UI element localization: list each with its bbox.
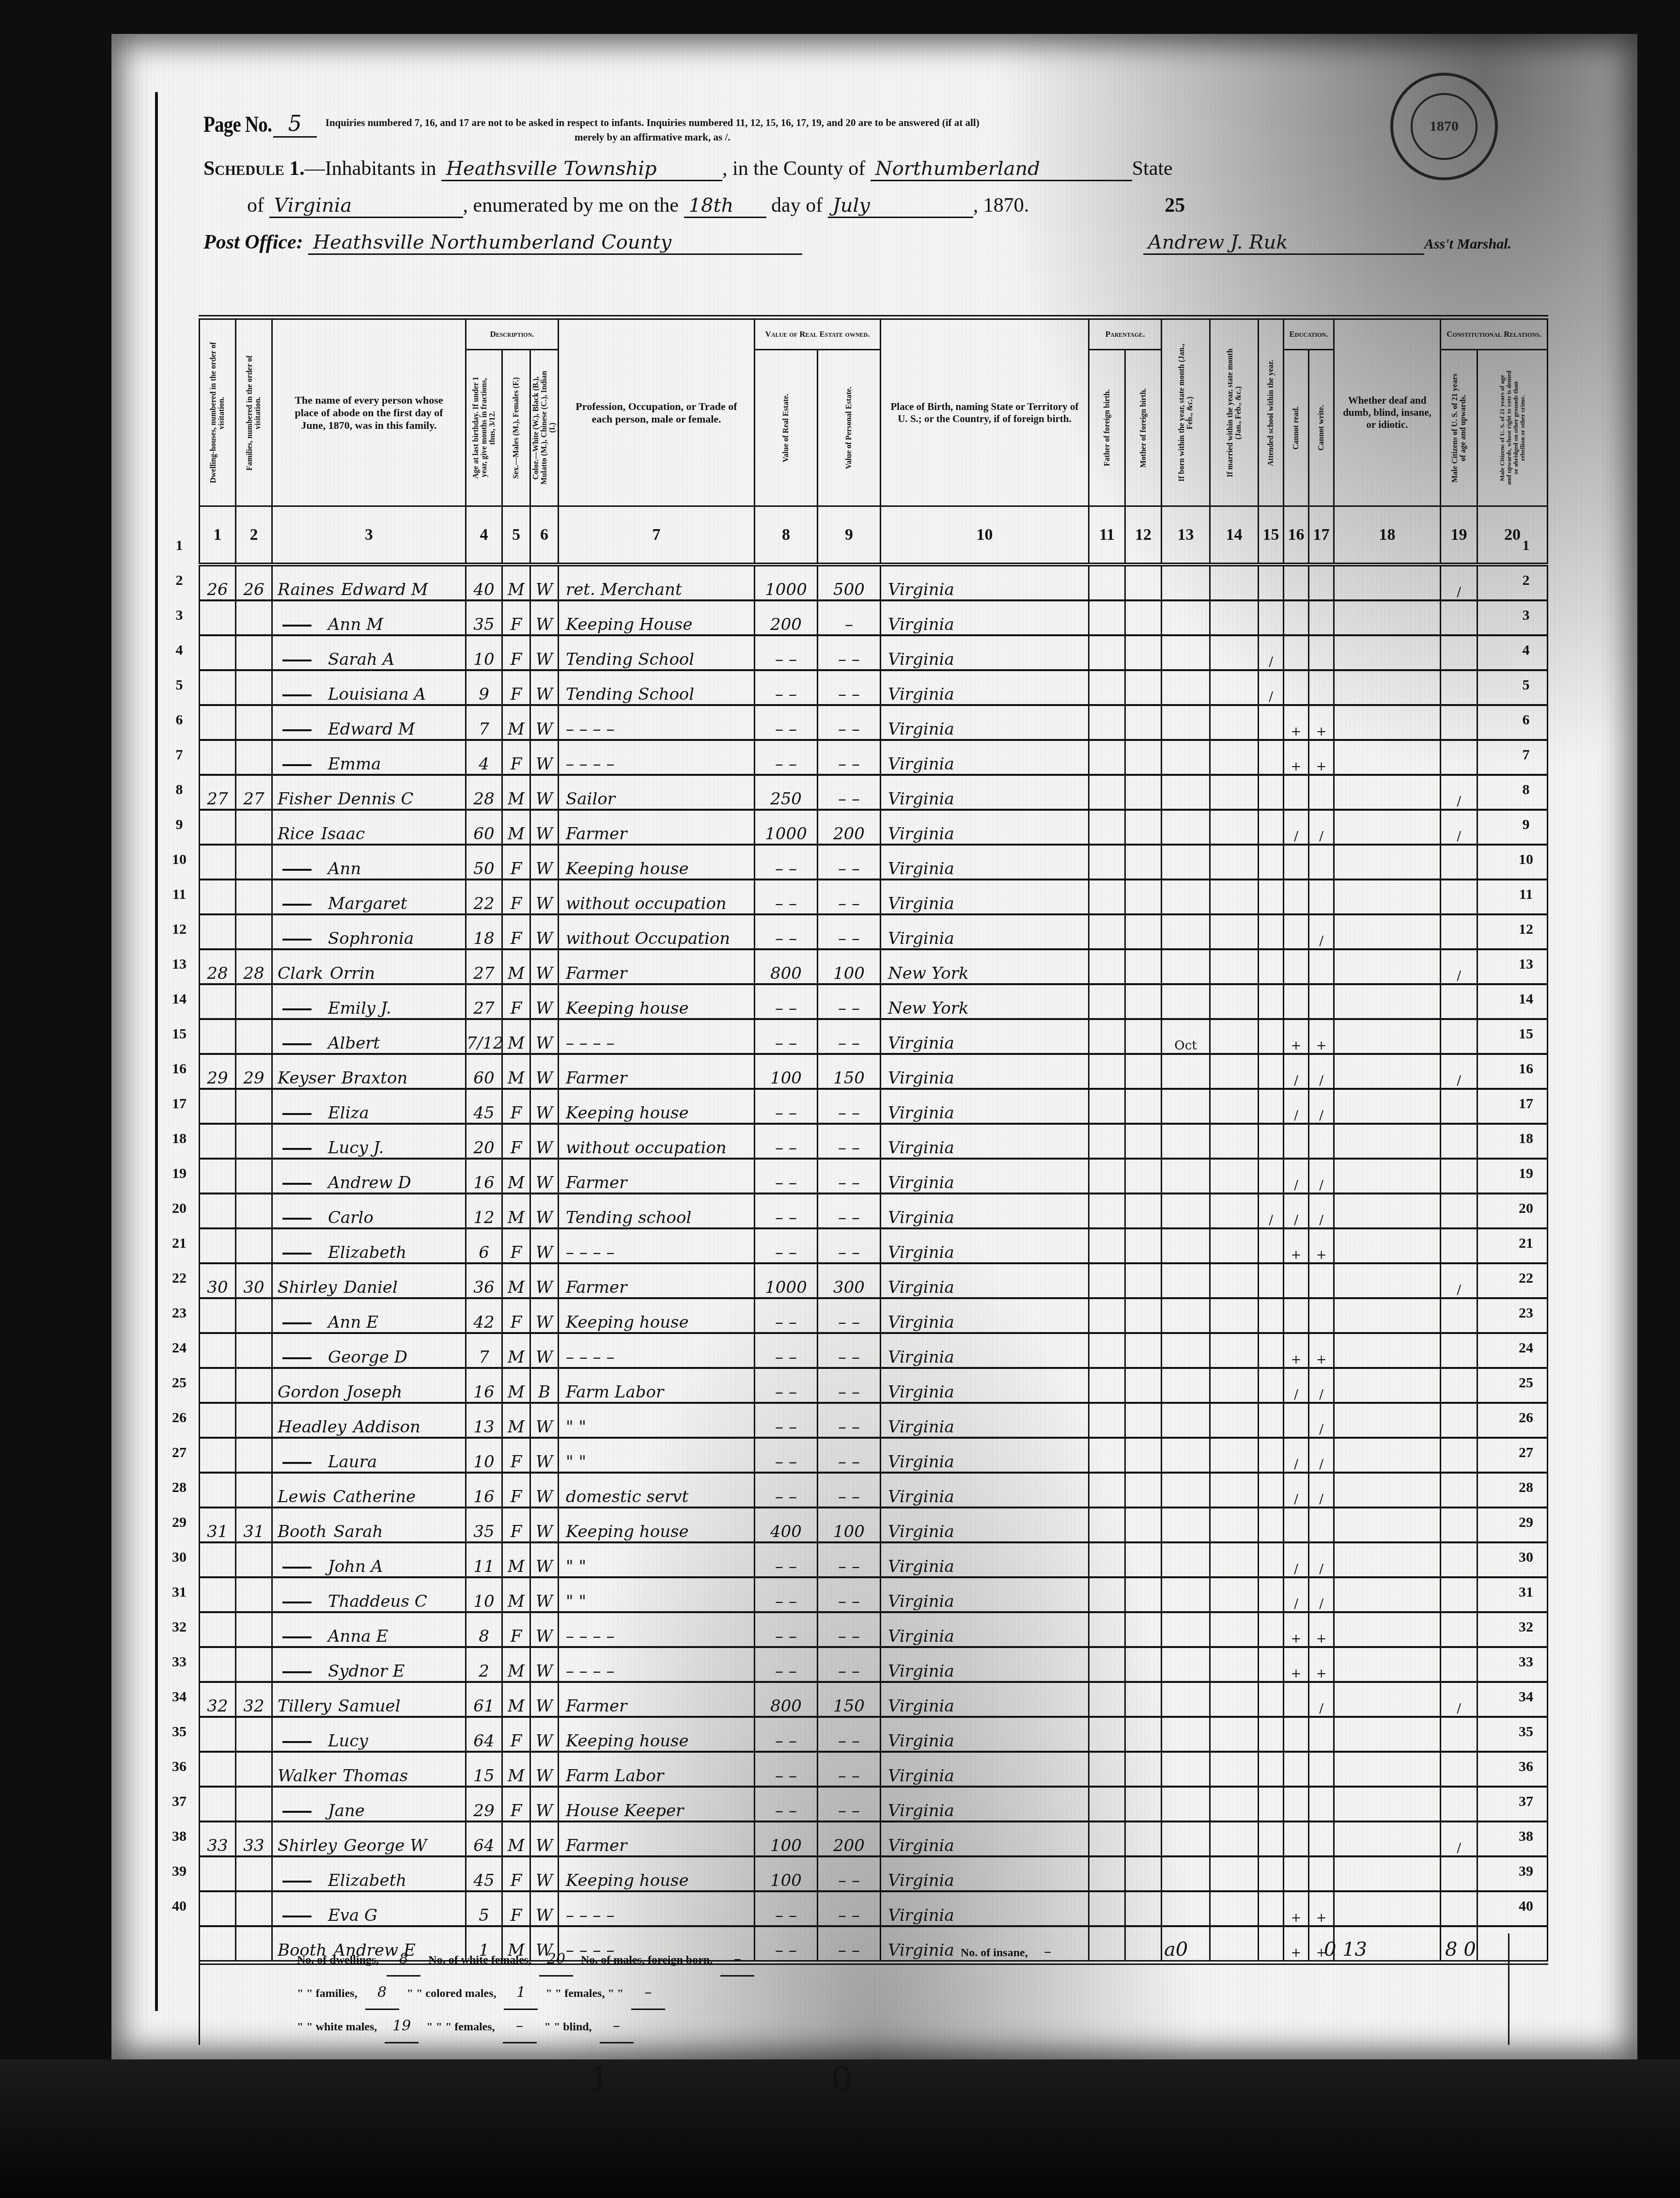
table-row: 2626RainesEdward M40MWret. Merchant10005… <box>200 565 1548 600</box>
person-name: WalkerThomas <box>272 1752 466 1787</box>
row-number-right: 31 <box>1511 1575 1540 1610</box>
personal-estate-value: – – <box>818 1298 881 1333</box>
blind-label: " " blind, <box>544 2011 592 2043</box>
cannot-write <box>1309 879 1334 914</box>
born-in-year <box>1162 600 1210 635</box>
cannot-read <box>1284 775 1309 810</box>
month-field: July <box>828 194 973 218</box>
male-citizen-21 <box>1441 1612 1478 1647</box>
mother-foreign <box>1125 810 1162 845</box>
person-name: Edward M <box>272 705 466 740</box>
married-in-year <box>1210 1577 1259 1612</box>
personal-estate-value: 500 <box>818 565 881 600</box>
column-number: 6 <box>530 506 559 565</box>
cannot-write <box>1309 635 1334 670</box>
row-number-left: 17 <box>165 1086 194 1121</box>
age: 45 <box>466 1856 502 1891</box>
dwelling-number <box>200 1228 236 1263</box>
disability <box>1334 635 1441 670</box>
white-females-count: 20 <box>539 1943 573 1977</box>
cannot-read: / <box>1284 1542 1309 1577</box>
row-number-left: 37 <box>165 1784 194 1819</box>
attended-school <box>1259 1333 1284 1368</box>
col-header-name: The name of every person whose place of … <box>272 317 466 506</box>
place-of-birth: Virginia <box>881 1228 1089 1263</box>
inquiry-line-1: Inquiries numbered 7, 16, and 17 are not… <box>326 117 980 128</box>
married-in-year <box>1210 949 1259 984</box>
place-of-birth: Virginia <box>881 1542 1089 1577</box>
cannot-read: + <box>1284 1019 1309 1054</box>
age: 10 <box>466 1577 502 1612</box>
married-in-year <box>1210 1856 1259 1891</box>
father-foreign <box>1089 1228 1125 1263</box>
real-estate-value: – – <box>755 1333 818 1368</box>
male-citizen-21: / <box>1441 1682 1478 1717</box>
given-name: Lucy J. <box>328 1138 384 1158</box>
personal-estate-value: 200 <box>818 1821 881 1856</box>
age: 61 <box>466 1682 502 1717</box>
sex: F <box>502 1891 530 1926</box>
place-of-birth: Virginia <box>881 1438 1089 1473</box>
bottom-mark-2: 0 <box>831 2059 853 2099</box>
family-number: 30 <box>236 1263 272 1298</box>
post-office-label: Post Office: <box>203 231 303 254</box>
row-number-left: 2 <box>165 563 194 598</box>
mother-foreign <box>1125 1787 1162 1821</box>
given-name: Samuel <box>338 1696 401 1716</box>
father-foreign <box>1089 1542 1125 1577</box>
cannot-write <box>1309 1821 1334 1856</box>
age: 7/12 <box>466 1019 502 1054</box>
real-estate-value: – – <box>755 984 818 1019</box>
disability <box>1334 1019 1441 1054</box>
mother-foreign <box>1125 1089 1162 1124</box>
married-in-year <box>1210 914 1259 949</box>
cannot-write <box>1309 670 1334 705</box>
attended-school <box>1259 1438 1284 1473</box>
born-in-year <box>1162 740 1210 775</box>
col-header-dwelling: Dwelling-houses, numbered in the order o… <box>200 317 236 506</box>
father-foreign <box>1089 1752 1125 1787</box>
father-foreign <box>1089 984 1125 1019</box>
table-row: Ann M35FWKeeping House200–Virginia <box>200 600 1548 635</box>
male-citizen-21 <box>1441 1507 1478 1542</box>
cannot-read: / <box>1284 810 1309 845</box>
dwellings-label: No. of dwellings, <box>297 1944 379 1976</box>
family-number <box>236 1473 272 1507</box>
male-citizen-21 <box>1441 1717 1478 1752</box>
families-count: 8 <box>365 1977 399 2010</box>
born-in-year <box>1162 1856 1210 1891</box>
tally-parentage: a0 <box>1164 1938 1188 1961</box>
father-foreign <box>1089 810 1125 845</box>
given-name: Louisiana A <box>328 685 426 704</box>
married-in-year <box>1210 1507 1259 1542</box>
born-in-year <box>1162 1612 1210 1647</box>
cannot-read <box>1284 1124 1309 1159</box>
column-number: 4 <box>466 506 502 565</box>
age: 64 <box>466 1821 502 1856</box>
mother-foreign <box>1125 1019 1162 1054</box>
occupation: Keeping house <box>559 1856 755 1891</box>
married-in-year <box>1210 1438 1259 1473</box>
real-estate-value: – – <box>755 1089 818 1124</box>
male-citizen-21 <box>1441 1438 1478 1473</box>
real-estate-value: 100 <box>755 1821 818 1856</box>
same-surname-dash <box>282 1322 311 1324</box>
married-in-year <box>1210 775 1259 810</box>
table-row: LewisCatherine16FWdomestic servt– –– –Vi… <box>200 1473 1548 1507</box>
surname: Lewis <box>278 1487 326 1507</box>
sex: F <box>502 914 530 949</box>
given-name: Catherine <box>333 1487 416 1507</box>
real-estate-value: – – <box>755 670 818 705</box>
given-name: Elizabeth <box>328 1871 406 1890</box>
attended-school <box>1259 1507 1284 1542</box>
cannot-write: / <box>1309 810 1334 845</box>
occupation: Keeping house <box>559 845 755 879</box>
person-name: Emma <box>272 740 466 775</box>
state-field: Virginia <box>269 194 463 218</box>
surname: Shirley <box>278 1278 337 1297</box>
row-number-left: 31 <box>165 1575 194 1610</box>
attended-school <box>1259 740 1284 775</box>
attended-school <box>1259 1682 1284 1717</box>
disability <box>1334 1403 1441 1438</box>
place-of-birth: Virginia <box>881 1019 1089 1054</box>
sex: F <box>502 1298 530 1333</box>
table-row: George D7MW– – – –– –– –Virginia++ <box>200 1333 1548 1368</box>
born-in-year <box>1162 949 1210 984</box>
row-number-right: 4 <box>1511 633 1540 668</box>
male-citizen-21 <box>1441 1403 1478 1438</box>
family-number <box>236 670 272 705</box>
real-estate-value: 100 <box>755 1856 818 1891</box>
row-number-right: 28 <box>1511 1470 1540 1505</box>
age: 60 <box>466 810 502 845</box>
col-header-cannot-write: Cannot write. <box>1309 350 1334 506</box>
father-foreign <box>1089 1298 1125 1333</box>
male-citizen-21 <box>1441 1089 1478 1124</box>
sex: F <box>502 1438 530 1473</box>
column-number: 10 <box>881 506 1089 565</box>
insane-count-row: No. of insane, – <box>961 1943 1065 1962</box>
white-females-label: No. of white females, <box>428 1944 531 1976</box>
table-row: GordonJoseph16MBFarm Labor– –– –Virginia… <box>200 1368 1548 1403</box>
document-header: Page No. 5 Inquiries numbered 7, 16, and… <box>203 111 1511 255</box>
disability <box>1334 1333 1441 1368</box>
left-border <box>155 92 158 2011</box>
born-in-year <box>1162 1228 1210 1263</box>
cannot-write <box>1309 984 1334 1019</box>
personal-estate-value: 200 <box>818 810 881 845</box>
col-header-occupation: Profession, Occupation, or Trade of each… <box>559 317 755 506</box>
born-in-year <box>1162 1124 1210 1159</box>
married-in-year <box>1210 1542 1259 1577</box>
disability <box>1334 1507 1441 1542</box>
real-estate-value: – – <box>755 1717 818 1752</box>
personal-estate-value: – – <box>818 705 881 740</box>
mother-foreign <box>1125 949 1162 984</box>
male-citizen-21 <box>1441 1542 1478 1577</box>
person-name: Ann M <box>272 600 466 635</box>
married-in-year <box>1210 1787 1259 1821</box>
father-foreign <box>1089 1193 1125 1228</box>
occupation: " " <box>559 1438 755 1473</box>
occupation: Keeping house <box>559 1298 755 1333</box>
families-label: " " families, <box>297 1978 358 2010</box>
foreign-males-count: – <box>720 1943 754 1977</box>
cannot-write <box>1309 1787 1334 1821</box>
real-estate-value: – – <box>755 1193 818 1228</box>
place-of-birth: Virginia <box>881 1682 1089 1717</box>
page-summary: No. of dwellings, 8 No. of white females… <box>199 1933 1509 2045</box>
place-of-birth: Virginia <box>881 1333 1089 1368</box>
father-foreign <box>1089 879 1125 914</box>
age: 20 <box>466 1124 502 1159</box>
married-in-year <box>1210 1368 1259 1403</box>
color: W <box>530 914 559 949</box>
cannot-write: / <box>1309 1054 1334 1089</box>
column-number: 16 <box>1284 506 1309 565</box>
county-field: Northumberland <box>871 157 1132 181</box>
disability <box>1334 1612 1441 1647</box>
table-row: Elizabeth6FW– – – –– –– –Virginia++ <box>200 1228 1548 1263</box>
row-number-right: 9 <box>1511 807 1540 842</box>
given-name: Lucy <box>328 1731 368 1751</box>
color: W <box>530 1507 559 1542</box>
sex: F <box>502 670 530 705</box>
occupation: ret. Merchant <box>559 565 755 600</box>
age: 9 <box>466 670 502 705</box>
personal-estate-value: – – <box>818 984 881 1019</box>
person-name: Albert <box>272 1019 466 1054</box>
born-in-year <box>1162 565 1210 600</box>
family-number <box>236 1717 272 1752</box>
occupation: Farmer <box>559 1159 755 1193</box>
born-in-year <box>1162 1542 1210 1577</box>
family-number <box>236 740 272 775</box>
attended-school <box>1259 1403 1284 1438</box>
personal-estate-value: – – <box>818 1019 881 1054</box>
summary-row-2: " " families, 8 " " colored males, 1 " "… <box>297 1977 754 2010</box>
given-name: Sarah A <box>328 650 394 669</box>
occupation: – – – – <box>559 740 755 775</box>
disability <box>1334 1577 1441 1612</box>
male-citizen-21 <box>1441 1159 1478 1193</box>
insane-count: – <box>1031 1943 1065 1962</box>
same-surname-dash <box>282 1253 311 1255</box>
occupation: Keeping house <box>559 984 755 1019</box>
age: 7 <box>466 1333 502 1368</box>
place-of-birth: Virginia <box>881 914 1089 949</box>
table-row: Carlo12MWTending school– –– –Virginia/// <box>200 1193 1548 1228</box>
cannot-read <box>1284 1752 1309 1787</box>
person-name: Elizabeth <box>272 1228 466 1263</box>
color: W <box>530 635 559 670</box>
occupation: – – – – <box>559 1612 755 1647</box>
column-number: 14 <box>1210 506 1259 565</box>
row-number-right: 35 <box>1511 1714 1540 1749</box>
cannot-write: + <box>1309 1612 1334 1647</box>
table-row: Emily J.27FWKeeping house– –– –New York <box>200 984 1548 1019</box>
color: W <box>530 1089 559 1124</box>
place-of-birth: Virginia <box>881 1124 1089 1159</box>
disability <box>1334 1298 1441 1333</box>
row-number-right: 11 <box>1511 877 1540 912</box>
color: W <box>530 1542 559 1577</box>
row-number-left: 4 <box>165 633 194 668</box>
attended-school <box>1259 1577 1284 1612</box>
male-citizen-21: / <box>1441 1054 1478 1089</box>
row-number-right: 8 <box>1511 772 1540 807</box>
real-estate-value: – – <box>755 635 818 670</box>
dwelling-number: 27 <box>200 775 236 810</box>
place-of-birth: Virginia <box>881 1577 1089 1612</box>
surname: Raines <box>278 580 334 599</box>
dwelling-number <box>200 1612 236 1647</box>
mother-foreign <box>1125 879 1162 914</box>
married-in-year <box>1210 1403 1259 1438</box>
cannot-write: / <box>1309 1368 1334 1403</box>
male-citizen-21 <box>1441 740 1478 775</box>
given-name: Daniel <box>344 1278 398 1297</box>
place-of-birth: Virginia <box>881 1612 1089 1647</box>
born-in-year <box>1162 1787 1210 1821</box>
male-citizen-21 <box>1441 1368 1478 1403</box>
male-citizen-21 <box>1441 879 1478 914</box>
row-number-right: 1 <box>1511 528 1540 563</box>
age: 4 <box>466 740 502 775</box>
mother-foreign <box>1125 1507 1162 1542</box>
place-of-birth: Virginia <box>881 810 1089 845</box>
mother-foreign <box>1125 1298 1162 1333</box>
table-row: Emma4FW– – – –– –– –Virginia++ <box>200 740 1548 775</box>
given-name: Thaddeus C <box>328 1592 427 1611</box>
cannot-read: + <box>1284 705 1309 740</box>
enumeration-line: of Virginia , enumerated by me on the 18… <box>203 194 1511 218</box>
family-number: 26 <box>236 565 272 600</box>
age: 40 <box>466 565 502 600</box>
column-number: 15 <box>1259 506 1284 565</box>
father-foreign <box>1089 914 1125 949</box>
cannot-read: / <box>1284 1368 1309 1403</box>
cannot-read <box>1284 1787 1309 1821</box>
cannot-read <box>1284 1821 1309 1856</box>
personal-estate-value: – – <box>818 1542 881 1577</box>
place-of-birth: Virginia <box>881 1403 1089 1438</box>
father-foreign <box>1089 949 1125 984</box>
real-estate-value: 100 <box>755 1054 818 1089</box>
table-row: Louisiana A9FWTending School– –– –Virgin… <box>200 670 1548 705</box>
given-name: Dennis C <box>338 789 413 809</box>
year-label: , 1870. <box>973 194 1029 217</box>
dwelling-number <box>200 740 236 775</box>
given-name: Andrew D <box>328 1173 411 1193</box>
row-numbers-right: 1234567891011121314151617181920212223242… <box>1511 528 1540 1924</box>
given-name: Thomas <box>342 1766 408 1786</box>
sex: M <box>502 1752 530 1787</box>
age: 29 <box>466 1787 502 1821</box>
real-estate-value: – – <box>755 740 818 775</box>
cannot-write <box>1309 565 1334 600</box>
color: W <box>530 1228 559 1263</box>
given-name: Laura <box>328 1452 377 1472</box>
attended-school <box>1259 775 1284 810</box>
group-parentage: Parentage. <box>1089 317 1162 350</box>
same-surname-dash <box>282 694 311 696</box>
cannot-read <box>1284 914 1309 949</box>
disability <box>1334 984 1441 1019</box>
page-number-row: Page No. 5 Inquiries numbered 7, 16, and… <box>203 111 1511 144</box>
personal-estate-value: – – <box>818 1403 881 1438</box>
sex: F <box>502 1089 530 1124</box>
personal-estate-value: – – <box>818 1787 881 1821</box>
place-of-birth: Virginia <box>881 1368 1089 1403</box>
father-foreign <box>1089 1019 1125 1054</box>
mother-foreign <box>1125 1403 1162 1438</box>
sex: F <box>502 1717 530 1752</box>
born-in-year <box>1162 845 1210 879</box>
blind-count: – <box>600 2010 634 2043</box>
colored-females-count: – <box>503 2010 537 2043</box>
column-number: 17 <box>1309 506 1334 565</box>
mother-foreign <box>1125 775 1162 810</box>
personal-estate-value: 150 <box>818 1682 881 1717</box>
state-label: State <box>1132 157 1173 180</box>
age: 16 <box>466 1368 502 1403</box>
table-row: 2727FisherDennis C28MWSailor250– –Virgin… <box>200 775 1548 810</box>
row-number-left: 10 <box>165 842 194 877</box>
dwelling-number <box>200 600 236 635</box>
person-name: George D <box>272 1333 466 1368</box>
col-header-family: Families, numbered in the order of visit… <box>236 317 272 506</box>
given-name: Emily J. <box>328 999 391 1018</box>
cannot-read <box>1284 1298 1309 1333</box>
attended-school <box>1259 1124 1284 1159</box>
same-surname-dash <box>282 659 311 661</box>
row-number-left: 28 <box>165 1470 194 1505</box>
person-name: Sarah A <box>272 635 466 670</box>
place-of-birth: Virginia <box>881 1054 1089 1089</box>
dwelling-number: 31 <box>200 1507 236 1542</box>
white-males-count: 19 <box>385 2010 419 2043</box>
dwelling-number <box>200 705 236 740</box>
cannot-read <box>1284 984 1309 1019</box>
table-row: 3131BoothSarah35FWKeeping house400100Vir… <box>200 1507 1548 1542</box>
age: 45 <box>466 1089 502 1124</box>
married-in-year <box>1210 1682 1259 1717</box>
place-of-birth: New York <box>881 984 1089 1019</box>
mother-foreign <box>1125 565 1162 600</box>
disability <box>1334 1159 1441 1193</box>
row-number-left: 5 <box>165 668 194 703</box>
row-number-left: 16 <box>165 1052 194 1086</box>
family-number <box>236 1542 272 1577</box>
real-estate-value: – – <box>755 1438 818 1473</box>
occupation: – – – – <box>559 705 755 740</box>
father-foreign <box>1089 845 1125 879</box>
column-number: 13 <box>1162 506 1210 565</box>
occupation: Farmer <box>559 949 755 984</box>
male-citizen-21 <box>1441 1124 1478 1159</box>
place-of-birth: Virginia <box>881 1752 1089 1787</box>
col-header-attended-school: Attended school within the year. <box>1259 317 1284 506</box>
real-estate-value: 800 <box>755 949 818 984</box>
family-number <box>236 845 272 879</box>
person-name: RiceIsaac <box>272 810 466 845</box>
family-number <box>236 1612 272 1647</box>
